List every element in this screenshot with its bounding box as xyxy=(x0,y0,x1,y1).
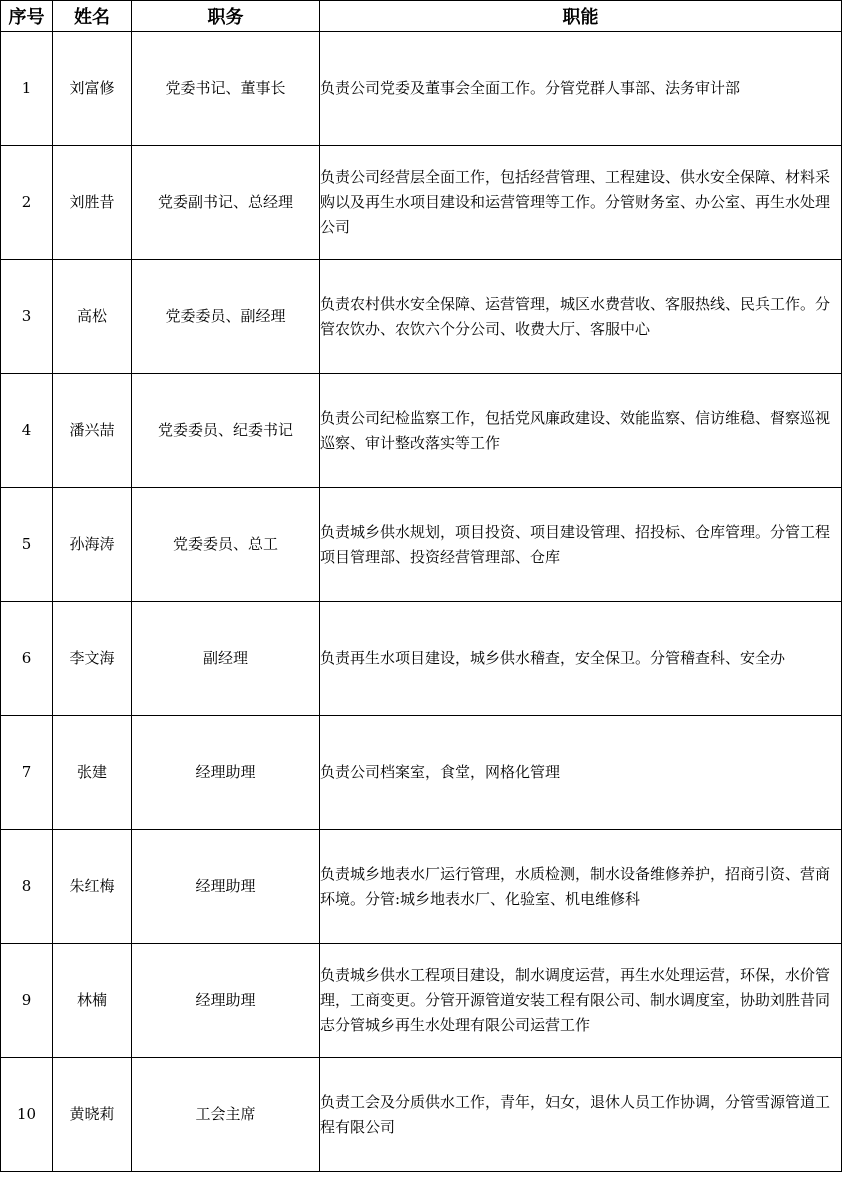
table-header-row: 序号 姓名 职务 职能 xyxy=(1,1,842,32)
cell-duty: 负责再生水项目建设，城乡供水稽查，安全保卫。分管稽查科、安全办 xyxy=(320,602,842,716)
cell-name: 黄晓莉 xyxy=(53,1058,132,1172)
cell-title: 党委书记、董事长 xyxy=(132,32,320,146)
header-duty: 职能 xyxy=(320,1,842,32)
cell-title: 党委副书记、总经理 xyxy=(132,146,320,260)
cell-no: 5 xyxy=(1,488,53,602)
cell-duty: 负责工会及分质供水工作，青年，妇女，退休人员工作协调，分管雪源管道工程有限公司 xyxy=(320,1058,842,1172)
cell-name: 林楠 xyxy=(53,944,132,1058)
cell-duty: 负责公司纪检监察工作，包括党风廉政建设、效能监察、信访维稳、督察巡视巡察、审计整… xyxy=(320,374,842,488)
cell-title: 工会主席 xyxy=(132,1058,320,1172)
table-row: 1 刘富修 党委书记、董事长 负责公司党委及董事会全面工作。分管党群人事部、法务… xyxy=(1,32,842,146)
cell-title: 经理助理 xyxy=(132,830,320,944)
cell-title: 党委委员、副经理 xyxy=(132,260,320,374)
cell-name: 张建 xyxy=(53,716,132,830)
cell-title: 党委委员、总工 xyxy=(132,488,320,602)
table-row: 7 张建 经理助理 负责公司档案室，食堂，网格化管理 xyxy=(1,716,842,830)
cell-no: 1 xyxy=(1,32,53,146)
cell-duty: 负责城乡供水工程项目建设，制水调度运营，再生水处理运营，环保，水价管理，工商变更… xyxy=(320,944,842,1058)
cell-no: 7 xyxy=(1,716,53,830)
header-no: 序号 xyxy=(1,1,53,32)
cell-title: 党委委员、纪委书记 xyxy=(132,374,320,488)
cell-no: 2 xyxy=(1,146,53,260)
cell-name: 刘胜昔 xyxy=(53,146,132,260)
table-row: 3 高松 党委委员、副经理 负责农村供水安全保障、运营管理，城区水费营收、客服热… xyxy=(1,260,842,374)
table-row: 4 潘兴喆 党委委员、纪委书记 负责公司纪检监察工作，包括党风廉政建设、效能监察… xyxy=(1,374,842,488)
table-row: 9 林楠 经理助理 负责城乡供水工程项目建设，制水调度运营，再生水处理运营，环保… xyxy=(1,944,842,1058)
cell-title: 经理助理 xyxy=(132,716,320,830)
table-row: 2 刘胜昔 党委副书记、总经理 负责公司经营层全面工作，包括经营管理、工程建设、… xyxy=(1,146,842,260)
cell-duty: 负责公司经营层全面工作，包括经营管理、工程建设、供水安全保障、材料采购以及再生水… xyxy=(320,146,842,260)
cell-duty: 负责农村供水安全保障、运营管理，城区水费营收、客服热线、民兵工作。分管农饮办、农… xyxy=(320,260,842,374)
cell-no: 6 xyxy=(1,602,53,716)
table-row: 8 朱红梅 经理助理 负责城乡地表水厂运行管理，水质检测，制水设备维修养护，招商… xyxy=(1,830,842,944)
cell-duty: 负责城乡地表水厂运行管理，水质检测，制水设备维修养护，招商引资、营商环境。分管:… xyxy=(320,830,842,944)
header-name: 姓名 xyxy=(53,1,132,32)
cell-no: 9 xyxy=(1,944,53,1058)
cell-name: 孙海涛 xyxy=(53,488,132,602)
cell-duty: 负责公司党委及董事会全面工作。分管党群人事部、法务审计部 xyxy=(320,32,842,146)
table-row: 10 黄晓莉 工会主席 负责工会及分质供水工作，青年，妇女，退休人员工作协调，分… xyxy=(1,1058,842,1172)
cell-name: 朱红梅 xyxy=(53,830,132,944)
cell-duty: 负责城乡供水规划，项目投资、项目建设管理、招投标、仓库管理。分管工程项目管理部、… xyxy=(320,488,842,602)
cell-no: 8 xyxy=(1,830,53,944)
cell-title: 经理助理 xyxy=(132,944,320,1058)
cell-no: 3 xyxy=(1,260,53,374)
header-title: 职务 xyxy=(132,1,320,32)
table-row: 6 李文海 副经理 负责再生水项目建设，城乡供水稽查，安全保卫。分管稽查科、安全… xyxy=(1,602,842,716)
cell-no: 10 xyxy=(1,1058,53,1172)
cell-duty: 负责公司档案室，食堂，网格化管理 xyxy=(320,716,842,830)
cell-no: 4 xyxy=(1,374,53,488)
cell-name: 李文海 xyxy=(53,602,132,716)
cell-name: 潘兴喆 xyxy=(53,374,132,488)
cell-name: 高松 xyxy=(53,260,132,374)
cell-name: 刘富修 xyxy=(53,32,132,146)
table-row: 5 孙海涛 党委委员、总工 负责城乡供水规划，项目投资、项目建设管理、招投标、仓… xyxy=(1,488,842,602)
cell-title: 副经理 xyxy=(132,602,320,716)
leadership-duty-table: 序号 姓名 职务 职能 1 刘富修 党委书记、董事长 负责公司党委及董事会全面工… xyxy=(0,0,842,1172)
